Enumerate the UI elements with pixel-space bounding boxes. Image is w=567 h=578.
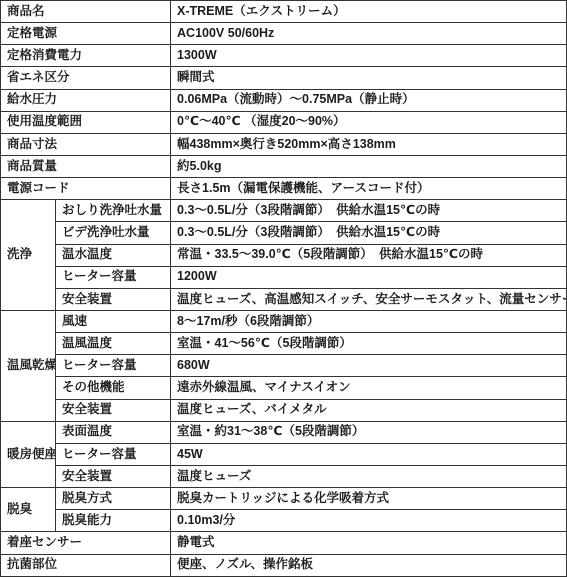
spec-value: AC100V 50/60Hz: [171, 23, 567, 45]
table-row: 抗菌部位便座、ノズル、操作銘板: [1, 554, 567, 576]
spec-value: 長さ1.5m（漏電保護機能、アースコード付）: [171, 178, 567, 200]
table-row: 安全装置温度ヒューズ、バイメタル: [1, 399, 567, 421]
spec-value: 45W: [171, 443, 567, 465]
table-row: 省エネ区分瞬間式: [1, 67, 567, 89]
table-row: 安全装置温度ヒューズ、高温感知スイッチ、安全サーモスタット、流量センサー: [1, 288, 567, 310]
spec-label: 安全装置: [56, 288, 171, 310]
spec-label: 給水圧力: [1, 89, 171, 111]
table-row: 温風乾燥風速8～17m/秒（6段階調節）: [1, 310, 567, 332]
table-row: ヒーター容量680W: [1, 355, 567, 377]
spec-label: その他機能: [56, 377, 171, 399]
spec-value: 680W: [171, 355, 567, 377]
spec-value: 室温・41～56℃（5段階調節）: [171, 333, 567, 355]
spec-value: 温度ヒューズ: [171, 465, 567, 487]
table-row: 脱臭脱臭方式脱臭カートリッジによる化学吸着方式: [1, 488, 567, 510]
spec-value: 室温・約31～38℃（5段階調節）: [171, 421, 567, 443]
spec-table: 商品名X-TREME（エクストリーム）定格電源AC100V 50/60Hz定格消…: [0, 0, 567, 577]
spec-value: 常温・33.5～39.0℃（5段階調節） 供給水温15℃の時: [171, 244, 567, 266]
table-row: 脱臭能力0.10m3/分: [1, 510, 567, 532]
spec-label: ヒーター容量: [56, 355, 171, 377]
spec-value: 温度ヒューズ、高温感知スイッチ、安全サーモスタット、流量センサー: [171, 288, 567, 310]
table-row: ヒーター容量1200W: [1, 266, 567, 288]
spec-label: 着座センサー: [1, 532, 171, 554]
table-row: 温風温度室温・41～56℃（5段階調節）: [1, 333, 567, 355]
spec-label: 電源コード: [1, 178, 171, 200]
spec-label: ヒーター容量: [56, 266, 171, 288]
section-label: 温風乾燥: [1, 310, 56, 421]
table-row: 着座センサー静電式: [1, 532, 567, 554]
spec-value: 0.06MPa（流動時）～0.75MPa（静止時）: [171, 89, 567, 111]
spec-label: 温水温度: [56, 244, 171, 266]
table-row: 使用温度範囲0℃～40℃ （湿度20～90%）: [1, 111, 567, 133]
spec-label: 安全装置: [56, 399, 171, 421]
spec-label: 風速: [56, 310, 171, 332]
table-row: ビデ洗浄吐水量0.3～0.5L/分（3段階調節） 供給水温15℃の時: [1, 222, 567, 244]
spec-label: 安全装置: [56, 465, 171, 487]
table-row: 給水圧力0.06MPa（流動時）～0.75MPa（静止時）: [1, 89, 567, 111]
spec-label: ビデ洗浄吐水量: [56, 222, 171, 244]
section-label: 暖房便座: [1, 421, 56, 487]
table-row: 定格消費電力1300W: [1, 45, 567, 67]
spec-label: 省エネ区分: [1, 67, 171, 89]
table-row: 電源コード長さ1.5m（漏電保護機能、アースコード付）: [1, 178, 567, 200]
spec-value: 0℃～40℃ （湿度20～90%）: [171, 111, 567, 133]
spec-label: おしり洗浄吐水量: [56, 200, 171, 222]
spec-value: 静電式: [171, 532, 567, 554]
spec-label: ヒーター容量: [56, 443, 171, 465]
spec-label: 表面温度: [56, 421, 171, 443]
spec-value: X-TREME（エクストリーム）: [171, 1, 567, 23]
spec-label: 定格電源: [1, 23, 171, 45]
section-label: 洗浄: [1, 200, 56, 311]
spec-label: 定格消費電力: [1, 45, 171, 67]
table-row: 安全装置温度ヒューズ: [1, 465, 567, 487]
spec-value: 幅438mm×奥行き520mm×高さ138mm: [171, 133, 567, 155]
table-row: 商品名X-TREME（エクストリーム）: [1, 1, 567, 23]
section-label: 脱臭: [1, 488, 56, 532]
spec-value: 瞬間式: [171, 67, 567, 89]
spec-label: 商品名: [1, 1, 171, 23]
spec-label: 脱臭方式: [56, 488, 171, 510]
table-row: 暖房便座表面温度室温・約31～38℃（5段階調節）: [1, 421, 567, 443]
table-row: 洗浄おしり洗浄吐水量0.3～0.5L/分（3段階調節） 供給水温15℃の時: [1, 200, 567, 222]
spec-value: 0.3～0.5L/分（3段階調節） 供給水温15℃の時: [171, 200, 567, 222]
spec-value: 8～17m/秒（6段階調節）: [171, 310, 567, 332]
table-row: ヒーター容量45W: [1, 443, 567, 465]
spec-value: 1300W: [171, 45, 567, 67]
spec-table-body: 商品名X-TREME（エクストリーム）定格電源AC100V 50/60Hz定格消…: [1, 1, 567, 577]
spec-value: 便座、ノズル、操作銘板: [171, 554, 567, 576]
spec-value: 0.10m3/分: [171, 510, 567, 532]
spec-value: 温度ヒューズ、バイメタル: [171, 399, 567, 421]
table-row: 定格電源AC100V 50/60Hz: [1, 23, 567, 45]
table-row: 商品寸法幅438mm×奥行き520mm×高さ138mm: [1, 133, 567, 155]
spec-value: 遠赤外線温風、マイナスイオン: [171, 377, 567, 399]
spec-value: 0.3～0.5L/分（3段階調節） 供給水温15℃の時: [171, 222, 567, 244]
spec-label: 脱臭能力: [56, 510, 171, 532]
spec-label: 商品寸法: [1, 133, 171, 155]
table-row: その他機能遠赤外線温風、マイナスイオン: [1, 377, 567, 399]
table-row: 商品質量約5.0kg: [1, 155, 567, 177]
table-row: 温水温度常温・33.5～39.0℃（5段階調節） 供給水温15℃の時: [1, 244, 567, 266]
spec-value: 脱臭カートリッジによる化学吸着方式: [171, 488, 567, 510]
spec-value: 約5.0kg: [171, 155, 567, 177]
spec-label: 商品質量: [1, 155, 171, 177]
spec-label: 温風温度: [56, 333, 171, 355]
spec-value: 1200W: [171, 266, 567, 288]
spec-label: 抗菌部位: [1, 554, 171, 576]
spec-label: 使用温度範囲: [1, 111, 171, 133]
